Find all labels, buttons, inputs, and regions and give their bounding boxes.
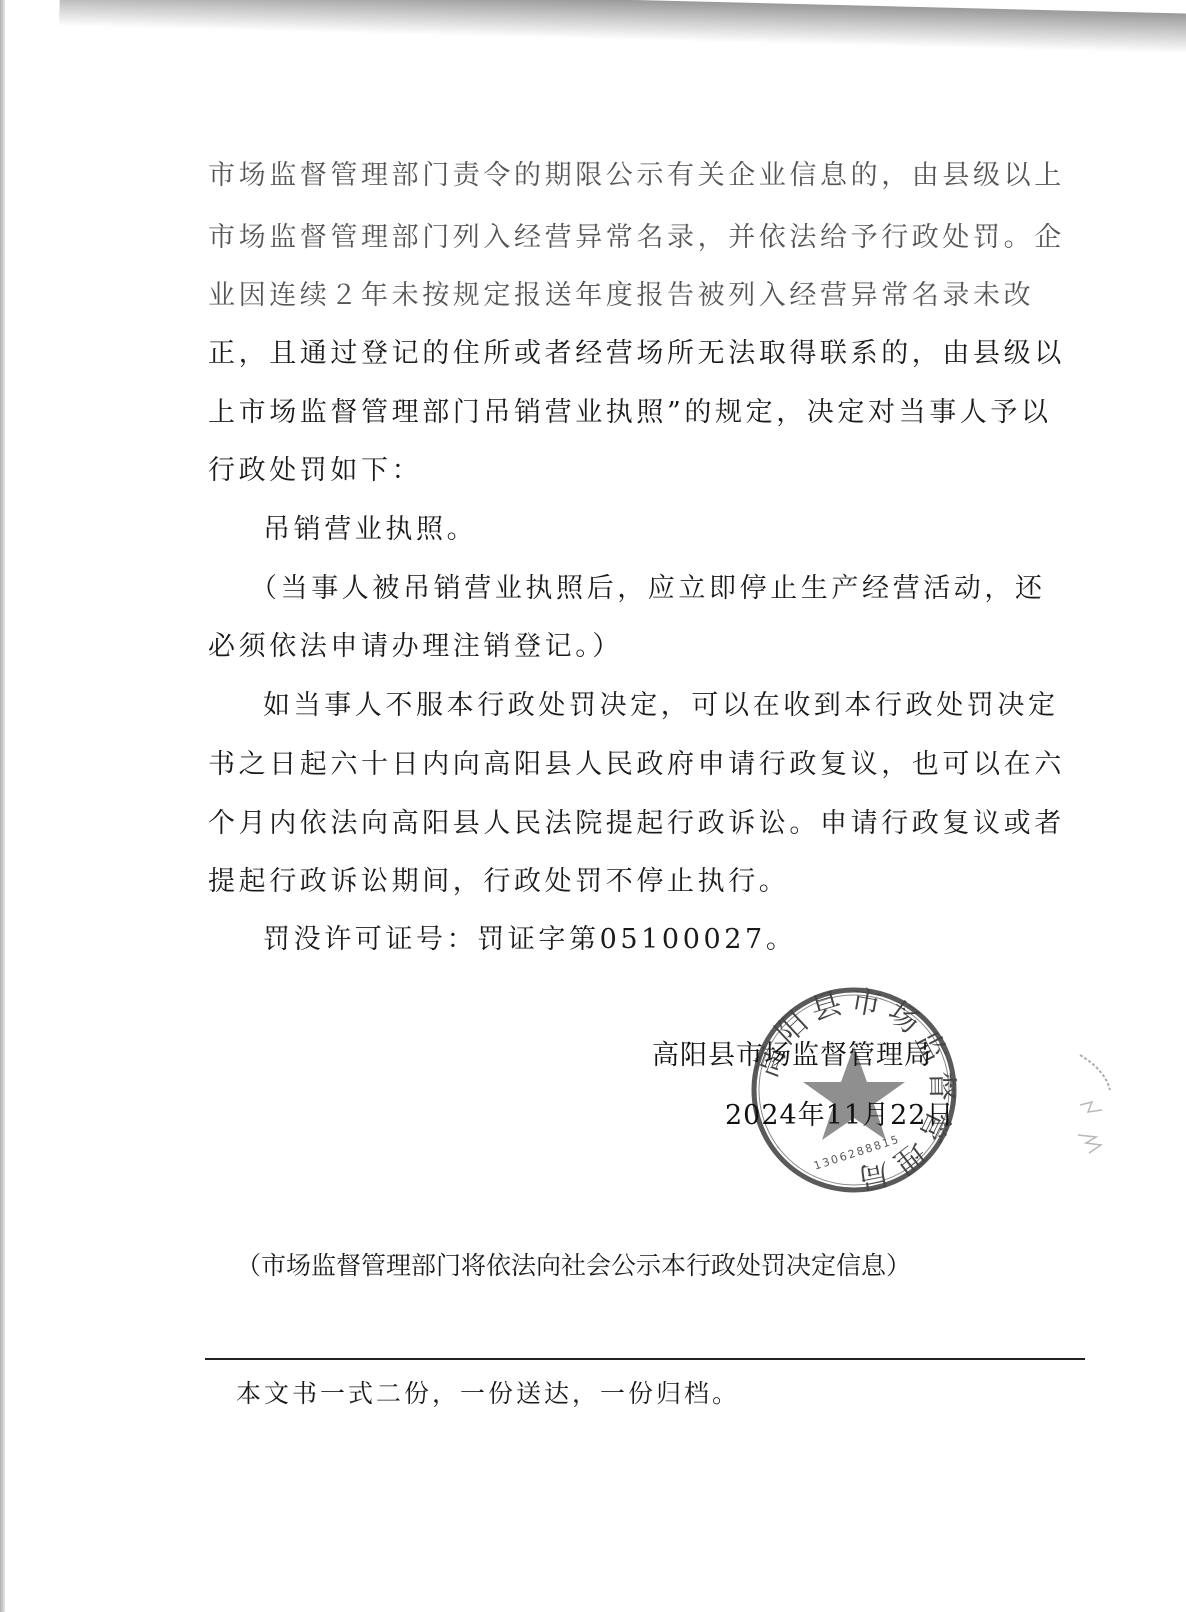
document-page: 市场监督管理部门责令的期限公示有关企业信息的，由县级以上 市场监督管理部门列入经…: [0, 0, 1186, 1612]
public-notice: （市场监督管理部门将依法向社会公示本行政处罚决定信息）: [236, 1250, 911, 1282]
appeal-text: 个月内依法向高阳县人民法院提起行政诉讼。申请行政复议或者: [208, 808, 1028, 840]
body-line: 正，且通过登记的住所或者经营场所无法取得联系的，由县级以: [208, 338, 1028, 370]
penalty-note: 必须依法申请办理注销登记。）: [208, 631, 1028, 663]
official-seal-icon: 高阳县市场监督管理局: [748, 984, 960, 1196]
divider: [205, 1358, 1085, 1360]
appeal-text: 书之日起六十日内向高阳县人民政府申请行政复议，也可以在六: [208, 749, 1028, 781]
copies-note: 本文书一式二份，一份送达，一份归档。: [236, 1378, 740, 1410]
penalty-note: （当事人被吊销营业执照后，应立即停止生产经营活动，还: [250, 573, 1070, 605]
penalty-decision: 吊销营业执照。: [263, 514, 1083, 546]
permit-number: 罚没许可证号：罚证字第05100027。: [263, 924, 1083, 956]
issuer-name: 高阳县市场监督管理局: [652, 1040, 932, 1072]
body-line: 上市场监督管理部门吊销营业执照”的规定，决定对当事人予以: [208, 397, 1028, 429]
partial-seal-mark-icon: [1075, 1050, 1135, 1160]
body-line: 市场监督管理部门责令的期限公示有关企业信息的，由县级以上: [208, 160, 1028, 192]
issue-date: 2024年11月22日: [725, 1100, 954, 1132]
appeal-text: 如当事人不服本行政处罚决定，可以在收到本行政处罚决定: [263, 690, 1083, 722]
body-line: 市场监督管理部门列入经营异常名录，并依法给予行政处罚。企: [208, 222, 1028, 254]
body-line: 行政处罚如下：: [208, 455, 1028, 487]
appeal-text: 提起行政诉讼期间，行政处罚不停止执行。: [208, 866, 1028, 898]
body-line: 业因连续２年未按规定报送年度报告被列入经营异常名录未改: [208, 280, 1028, 312]
